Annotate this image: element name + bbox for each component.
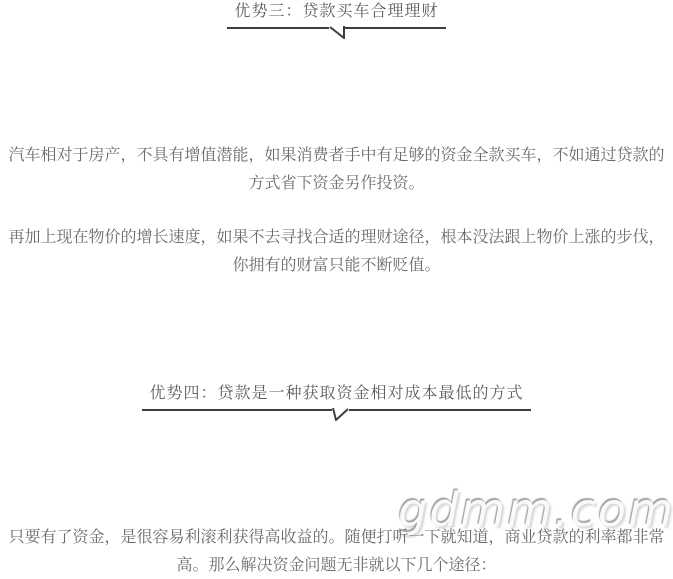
paragraph-capital: 只要有了资金，是很容易利滚利获得高收益的。随便打听一下就知道，商业贷款的利率都非… [0,524,673,579]
paragraph-investment: 汽车相对于房产，不具有增值潜能，如果消费者手中有足够的资金全款买车，不如通过贷款… [0,142,673,198]
section-heading-advantage-4: 优势四：贷款是一种获取资金相对成本最低的方式 [0,384,673,411]
heading-text: 优势三：贷款买车合理理财 [234,3,438,20]
section-heading-advantage-3: 优势三：贷款买车合理理财 [0,2,673,29]
paragraph-line: 你拥有的财富只能不断贬值。 [0,252,673,280]
heading-advantage-4: 优势四：贷款是一种获取资金相对成本最低的方式 [142,384,530,411]
paragraph-line: 再加上现在物价的增长速度，如果不去寻找合适的理财途径，根本没法跟上物价上涨的步伐… [0,224,673,252]
speech-bubble-tail-icon [327,408,350,421]
heading-text: 优势四：贷款是一种获取资金相对成本最低的方式 [149,385,523,402]
article-page: 优势三：贷款买车合理理财 汽车相对于房产，不具有增值潜能，如果消费者手中有足够的… [0,0,673,579]
speech-bubble-tail-icon [329,26,346,39]
paragraph-line: 高。那么解决资金问题无非就以下几个途径： [0,552,673,579]
paragraph-line: 方式省下资金另作投资。 [0,170,673,198]
paragraph-inflation: 再加上现在物价的增长速度，如果不去寻找合适的理财途径，根本没法跟上物价上涨的步伐… [0,224,673,280]
heading-advantage-3: 优势三：贷款买车合理理财 [227,2,445,29]
paragraph-line: 只要有了资金，是很容易利滚利获得高收益的。随便打听一下就知道，商业贷款的利率都非… [0,524,673,552]
paragraph-line: 汽车相对于房产，不具有增值潜能，如果消费者手中有足够的资金全款买车，不如通过贷款… [0,142,673,170]
